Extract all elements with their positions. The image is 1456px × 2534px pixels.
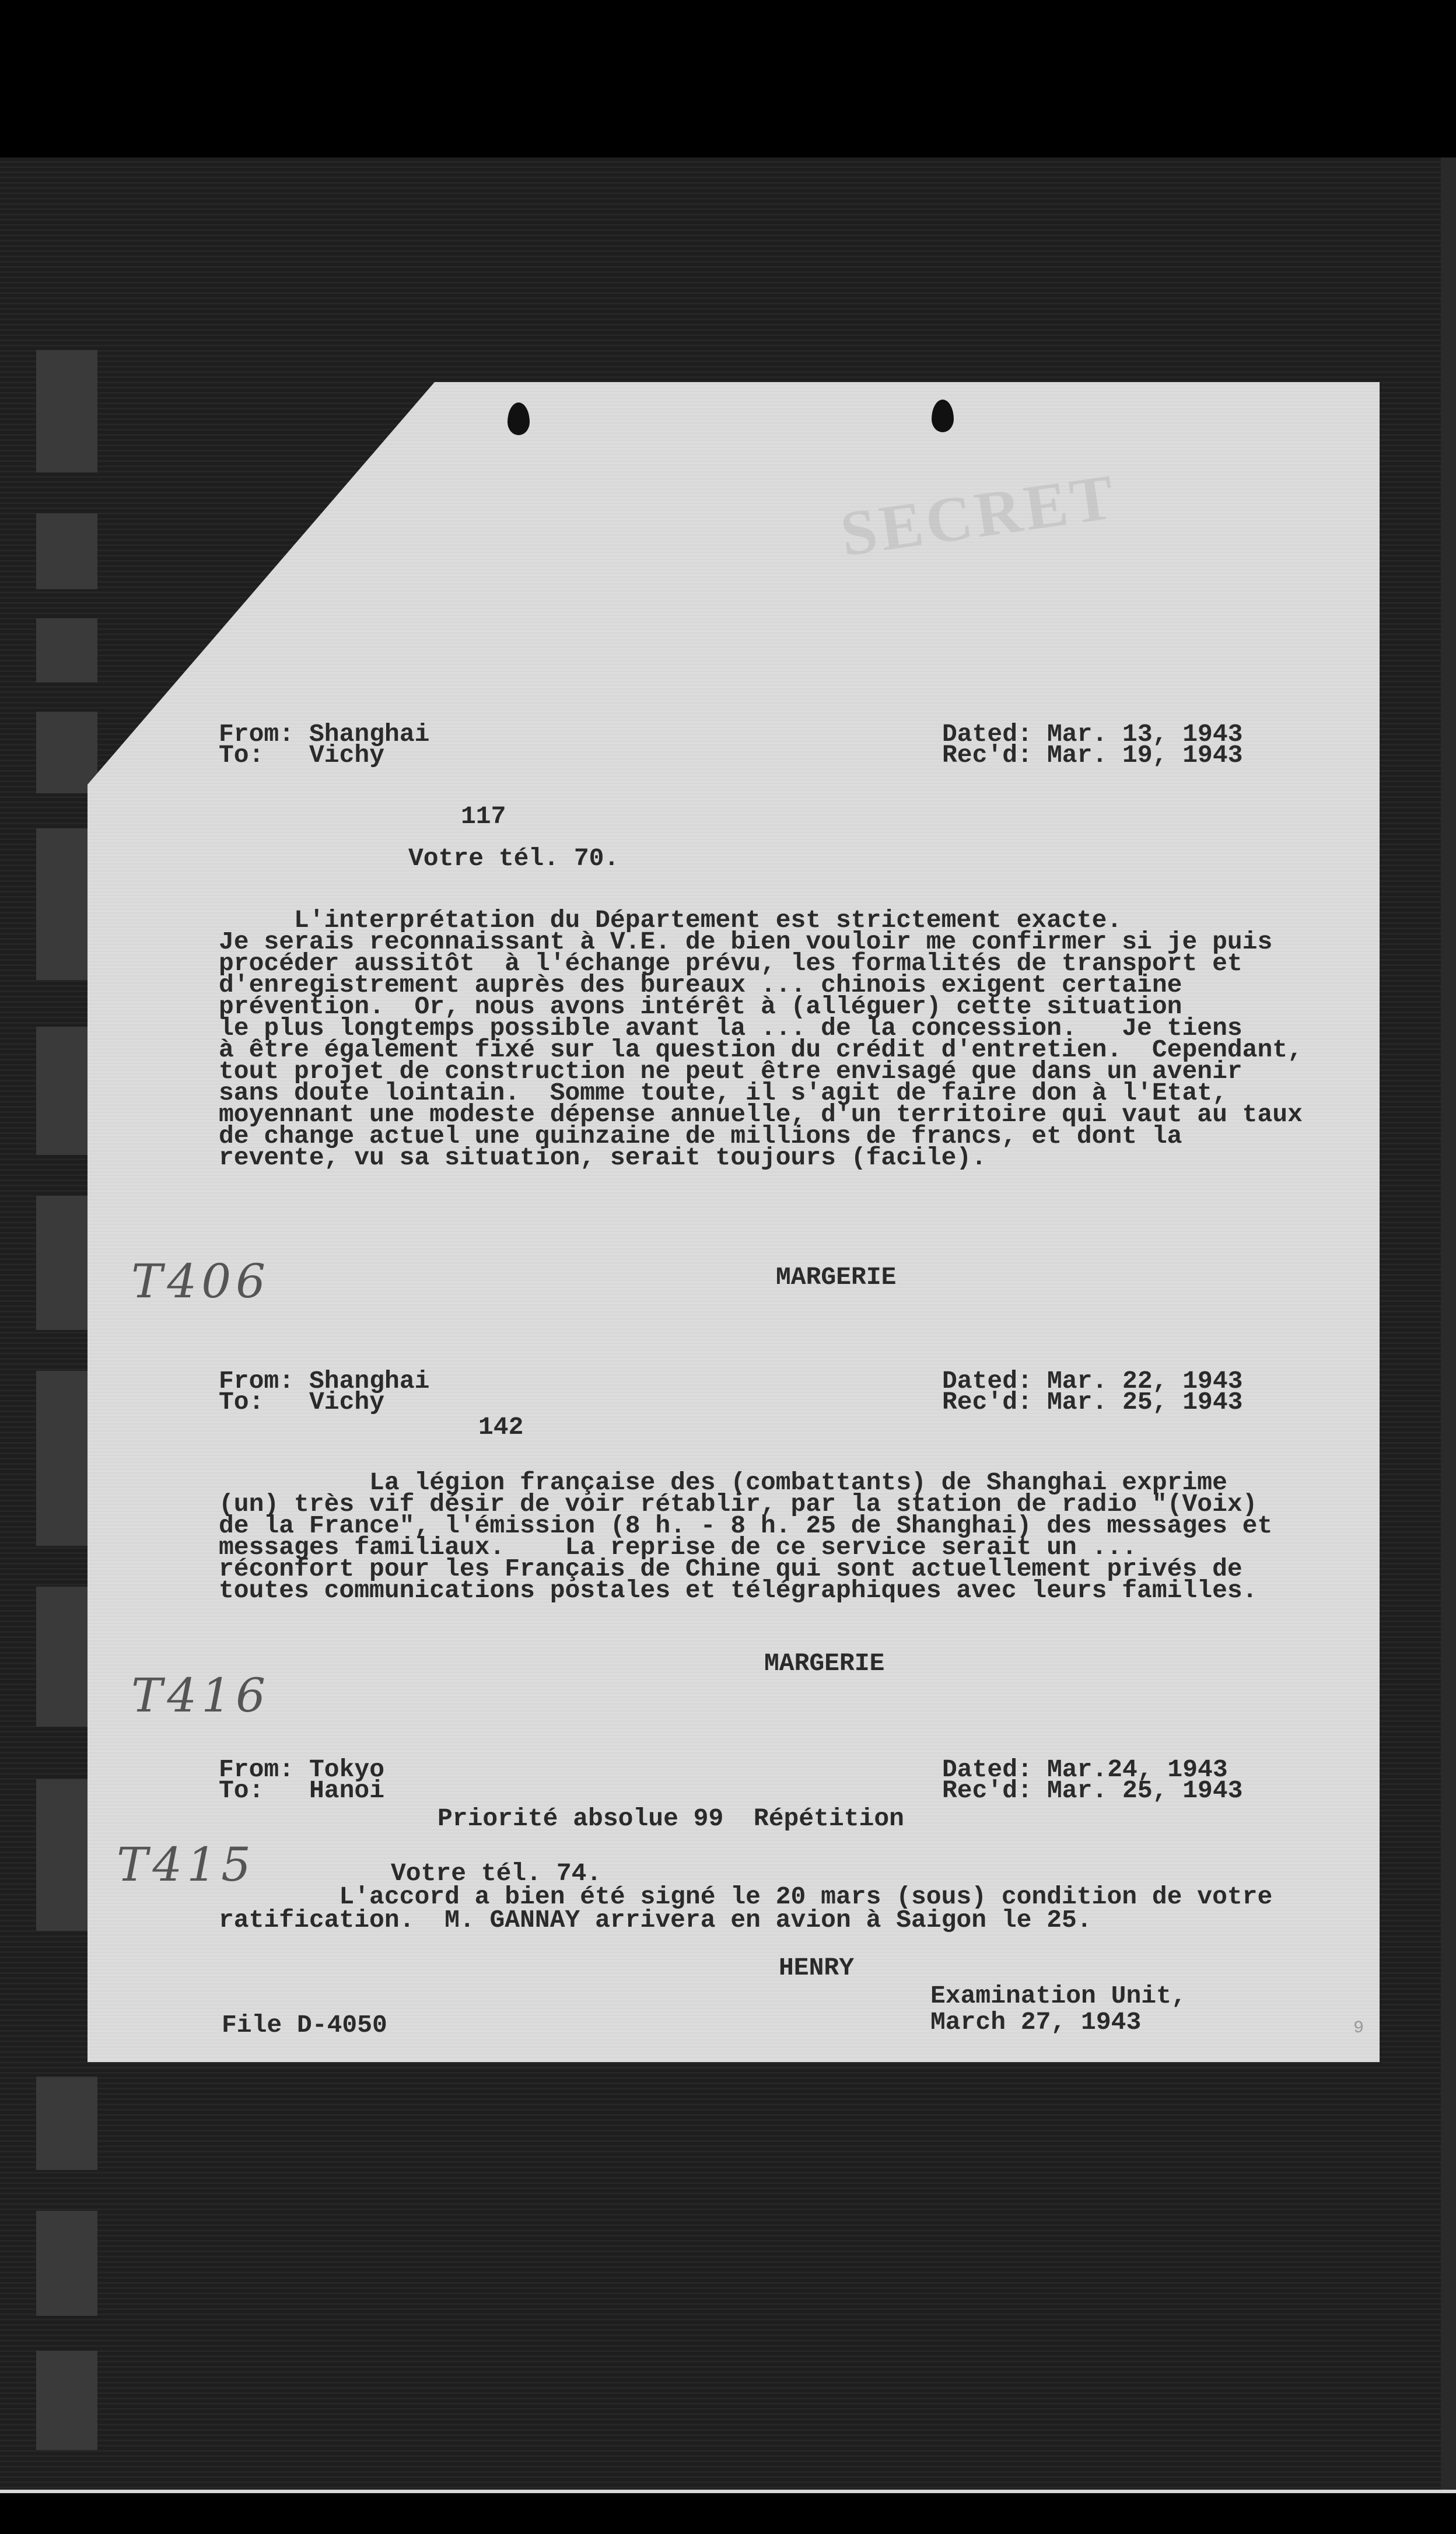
signature: MARGERIE: [776, 1265, 896, 1290]
film-bottom-margin: [0, 2493, 1456, 2534]
body-line: toutes communications postales et télégr…: [219, 1578, 1258, 1603]
to-value: Vichy: [309, 743, 384, 768]
recd-label: Rec'd:: [942, 743, 1032, 768]
recd-label: Rec'd:: [942, 1389, 1032, 1415]
priority-line: Priorité absolue 99 Répétition: [437, 1806, 904, 1831]
message-number: 117: [461, 804, 506, 829]
signature: HENRY: [779, 1955, 854, 1980]
film-strip-band: [36, 618, 97, 682]
film-strip-band: [36, 513, 97, 589]
page-mark: 9: [1353, 2018, 1364, 2038]
to-label: To:: [219, 743, 264, 768]
film-strip-band: [36, 2211, 97, 2316]
body-line: ratification. M. GANNAY arrivera en avio…: [219, 1908, 1092, 1933]
film-top-margin: [0, 0, 1456, 157]
footer-date: March 27, 1943: [930, 2010, 1141, 2035]
film-strip-band: [36, 350, 97, 473]
handwritten-annotation: T406: [131, 1254, 270, 1308]
recd-value: Mar. 25, 1943: [1047, 1389, 1242, 1415]
recd-value: Mar. 19, 1943: [1047, 743, 1242, 768]
film-right-edge: [1441, 157, 1456, 2491]
examination-unit: Examination Unit,: [930, 1983, 1186, 2008]
to-value: Hanoi: [309, 1778, 384, 1803]
signature: MARGERIE: [764, 1651, 884, 1676]
to-value: Vichy: [309, 1389, 384, 1415]
recd-value: Mar. 25, 1943: [1047, 1778, 1242, 1803]
to-label: To:: [219, 1389, 264, 1415]
film-strip-band: [36, 2351, 97, 2450]
film-strip-band: [36, 2077, 97, 2170]
message-number: 142: [478, 1415, 523, 1440]
body-line: revente, vu sa situation, serait toujour…: [219, 1145, 986, 1170]
to-label: To:: [219, 1778, 264, 1803]
film-strip-band: [36, 712, 97, 793]
handwritten-annotation: T416: [131, 1668, 270, 1723]
file-number: File D-4050: [222, 2013, 387, 2038]
reference-line: Votre tél. 70.: [408, 846, 619, 871]
recd-label: Rec'd:: [942, 1778, 1032, 1803]
